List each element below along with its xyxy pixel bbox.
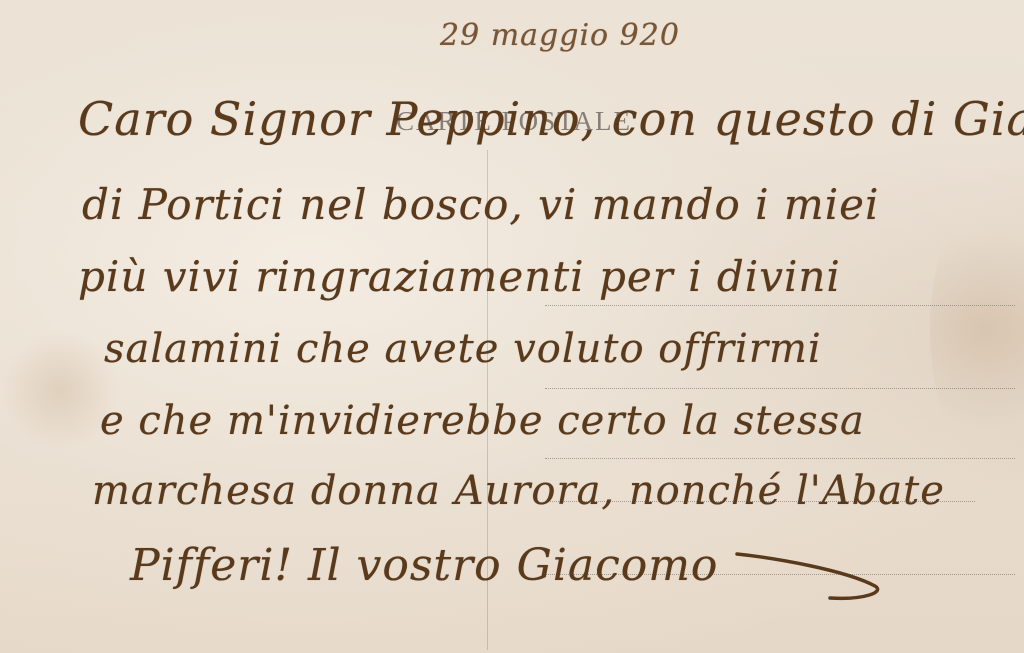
address-line [545, 388, 1015, 389]
letter-line-6: marchesa donna Aurora, nonché l'Abate [92, 468, 945, 514]
letter-line-2: di Portici nel bosco, vi mando i miei [82, 180, 879, 229]
paper-stain [930, 200, 1024, 460]
address-line [545, 305, 1015, 306]
letter-line-5: e che m'invidierebbe certo la stessa [100, 398, 865, 444]
address-line [545, 458, 1015, 459]
letter-date: 29 maggio 920 [440, 18, 680, 53]
letter-line-1: Caro Signor Peppino, con questo di Giaco… [78, 92, 1024, 146]
postcard: CARTE POSTALE 29 maggio 920 Caro Signor … [0, 0, 1024, 653]
letter-closing-signature: Pifferi! Il vostro Giacomo [130, 540, 718, 591]
letter-line-3: più vivi ringraziamenti per i divini [78, 252, 841, 301]
letter-line-4: salamini che avete voluto offrirmi [104, 326, 822, 372]
signature-flourish-icon [735, 548, 895, 608]
